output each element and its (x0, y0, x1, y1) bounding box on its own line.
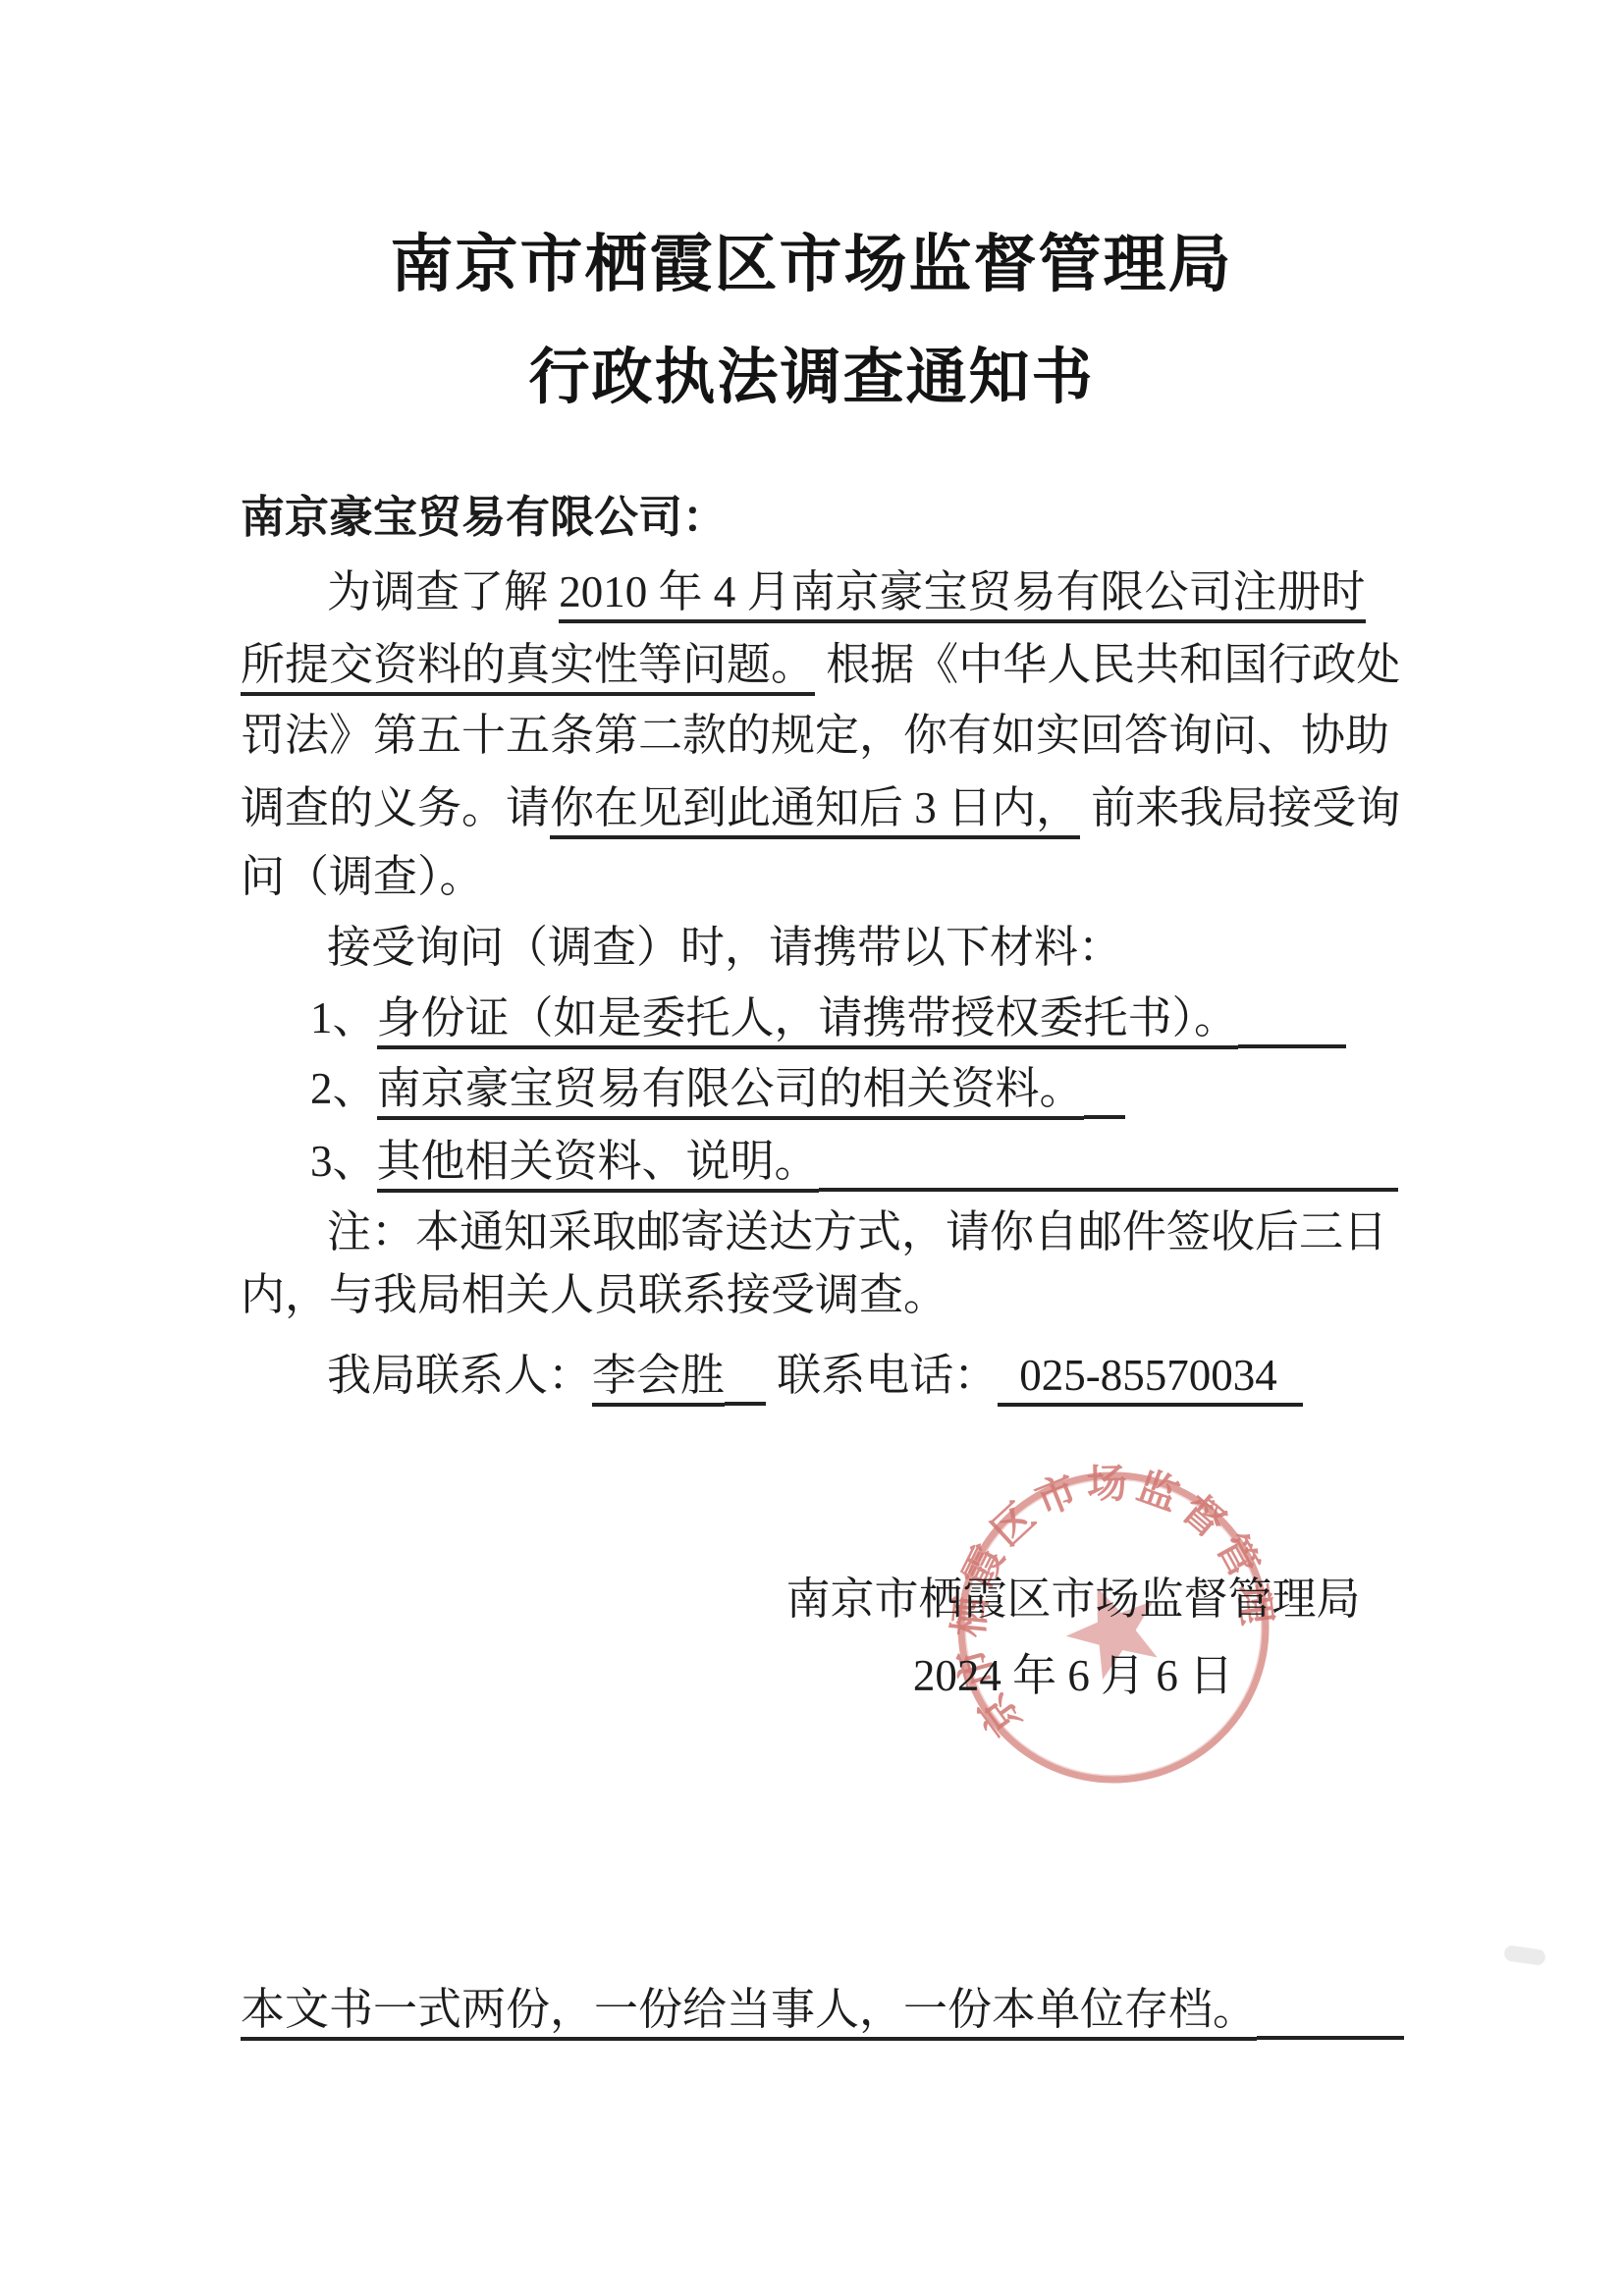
paragraph2-line: 接受询问（调查）时，请携带以下材料： (241, 919, 1594, 976)
note-text-1: 注：本通知采取邮寄送达方式，请你自邮件签收后三日 (327, 1207, 1387, 1256)
p1l2-underlined-text: 所提交资料的真实性等问题。 (241, 640, 815, 696)
note-text-2: 内，与我局相关人员联系接受调查。 (241, 1270, 947, 1319)
contact-line: 我局联系人：李会胜 联系电话：025-85570034 (241, 1347, 1594, 1406)
p2-text: 接受询问（调查）时，请携带以下材料： (327, 923, 1122, 972)
footer-line: 本文书一式两份，一份给当事人，一份本单位存档。 (241, 1981, 1507, 2040)
contact-underline-fill (725, 1362, 766, 1406)
official-red-seal: 南京市栖霞区市场监督管理局 (945, 1459, 1282, 1796)
note-line1: 注：本通知采取邮寄送达方式，请你自邮件签收后三日 (241, 1203, 1594, 1260)
contact-person-name: 李会胜 (592, 1351, 725, 1407)
recipient-name: 南京豪宝贸易有限公司： (241, 493, 727, 542)
p1l4-text-b: 前来我局接受询 (1080, 783, 1400, 832)
item2-underline-fill (1084, 1076, 1125, 1119)
material-item-2: 2、南京豪宝贸易有限公司的相关资料。 (241, 1060, 1577, 1119)
p1l2-text: 根据《中华人民共和国行政处 (815, 640, 1400, 689)
signature-date-line: 2024 年 6 月 6 日 (783, 1639, 1364, 1703)
signature-org: 南京市栖霞区市场监督管理局 (785, 1575, 1360, 1624)
paragraph1-line3: 罚法》第五十五条第二款的规定，你有如实回答询问、协助 (241, 707, 1507, 764)
material-item-1: 1、身份证（如是委托人，请携带授权委托书）。 (241, 989, 1577, 1048)
p1l1-text: 为调查了解 (327, 567, 559, 616)
scan-smudge-artifact (1503, 1945, 1546, 1966)
note-line2: 内，与我局相关人员联系接受调查。 (241, 1266, 1507, 1323)
phone-label: 联系电话： (777, 1351, 998, 1400)
paragraph1-line1: 为调查了解 2010 年 4 月南京豪宝贸易有限公司注册时 (241, 563, 1594, 620)
footer-underline-fill (1257, 1997, 1404, 2040)
item1-text: 身份证（如是委托人，请携带授权委托书）。 (377, 993, 1239, 1049)
p1l3-text: 罚法》第五十五条第二款的规定，你有如实回答询问、协助 (241, 711, 1389, 760)
document-title-type: 行政执法调查通知书 (0, 328, 1623, 415)
item3-number: 3、 (310, 1137, 377, 1186)
footer-text: 本文书一式两份，一份给当事人，一份本单位存档。 (241, 1985, 1257, 2041)
item3-text: 其他相关资料、说明。 (377, 1137, 819, 1193)
paragraph1-line5: 问（调查）。 (241, 848, 1507, 905)
item1-number: 1、 (310, 993, 377, 1042)
item3-underline-fill (819, 1148, 1398, 1192)
item2-number: 2、 (310, 1064, 377, 1113)
phone-number: 025-85570034 (998, 1351, 1303, 1407)
p1l1-underlined-text: 2010 年 4 月南京豪宝贸易有限公司注册时 (559, 567, 1365, 623)
p1l5-text: 问（调查）。 (241, 852, 484, 901)
paragraph1-line2: 所提交资料的真实性等问题。 根据《中华人民共和国行政处 (241, 636, 1507, 693)
item1-underline-fill (1238, 1005, 1346, 1048)
p1l4-text-a: 调查的义务。请 (241, 783, 550, 832)
recipient-line: 南京豪宝贸易有限公司： (241, 489, 1507, 546)
notice-document-page: 南京市栖霞区市场监督管理局 行政执法调查通知书 南京豪宝贸易有限公司： 为调查了… (0, 0, 1623, 2296)
contact-label: 我局联系人： (327, 1351, 592, 1400)
p1l4-underlined-text: 你在见到此通知后 3 日内， (550, 783, 1080, 839)
paragraph1-line4: 调查的义务。请你在见到此通知后 3 日内， 前来我局接受询 (241, 779, 1507, 836)
signature-org-line: 南京市栖霞区市场监督管理局 (783, 1563, 1364, 1627)
signature-date: 2024 年 6 月 6 日 (913, 1651, 1233, 1700)
item2-text: 南京豪宝贸易有限公司的相关资料。 (377, 1064, 1084, 1120)
material-item-3: 3、其他相关资料、说明。 (241, 1133, 1577, 1192)
document-title-org: 南京市栖霞区市场监督管理局 (0, 214, 1623, 304)
